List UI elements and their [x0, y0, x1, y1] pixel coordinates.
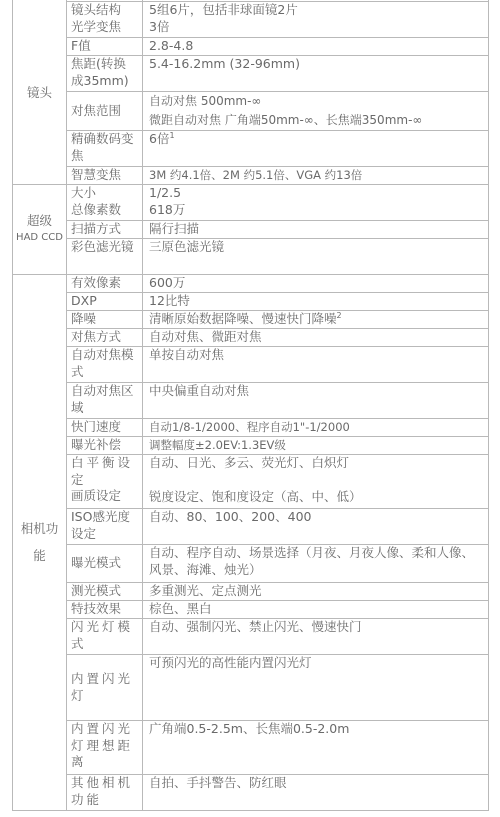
spec-value: 自拍、手抖警告、防红眼: [143, 775, 489, 811]
spec-label: F值: [67, 38, 143, 56]
camera-spec-table: 镜头 镜头结构 光学变焦 5组6片，包括非球面镜2片 3倍 F值 2.8-4.8…: [12, 0, 489, 811]
spec-label: 闪光灯模式: [67, 619, 143, 655]
spec-value-line: 5组6片，包括非球面镜2片: [149, 2, 484, 19]
group-label: 镜头: [27, 85, 52, 100]
spec-value: 棕色、黑白: [143, 601, 489, 619]
table-row: 智慧变焦 3M 约4.1倍、2M 约5.1倍、VGA 约13倍: [13, 167, 489, 185]
table-row: 内置闪光灯理想距离 广角端0.5-2.5m、长焦端0.5-2.0m: [13, 721, 489, 775]
spec-label: 有效像素: [67, 275, 143, 293]
table-row: 内置闪光灯 可预闪光的高性能内置闪光灯: [13, 655, 489, 721]
spec-value: 多重测光、定点测光: [143, 583, 489, 601]
spec-label: 扫描方式: [67, 221, 143, 239]
group-label: 相机功: [13, 521, 66, 538]
spec-value: 调整幅度±2.0EV:1.3EV级: [143, 437, 489, 455]
table-row: 扫描方式 隔行扫描: [13, 221, 489, 239]
table-row: 曝光补偿 调整幅度±2.0EV:1.3EV级: [13, 437, 489, 455]
spec-label: 内置闪光灯理想距离: [67, 721, 143, 775]
spec-label-line: 白平衡设定: [71, 455, 138, 488]
spec-value: 可预闪光的高性能内置闪光灯: [143, 655, 489, 721]
spec-value: 隔行扫描: [143, 221, 489, 239]
spec-label-line: 画质设定: [71, 488, 138, 505]
table-row: 自动对焦区域 中央偏重自动对焦: [13, 383, 489, 419]
spec-value-line: 微距自动对焦 广角端50mm-∞、长焦端350mm-∞: [149, 111, 484, 130]
spec-label: 其他相机功能: [67, 775, 143, 811]
spec-value: 广角端0.5-2.5m、长焦端0.5-2.0m: [143, 721, 489, 775]
spec-value: 自动、80、100、200、400: [143, 509, 489, 545]
spec-label: DXP: [67, 293, 143, 311]
table-row: 快门速度 自动1/8-1/2000、程序自动1"-1/2000: [13, 419, 489, 437]
spec-label-line: 大小: [71, 185, 138, 202]
spec-value: 2.8-4.8: [143, 38, 489, 56]
table-row: 闪光灯模式 自动、强制闪光、禁止闪光、慢速快门: [13, 619, 489, 655]
spec-value-line: 3倍: [149, 19, 484, 36]
spec-label-line: 镜头结构: [71, 2, 138, 19]
group-cell-camera-functions: 相机功 能: [13, 275, 67, 811]
spec-label: 自动对焦模式: [67, 347, 143, 383]
spec-value: 中央偏重自动对焦: [143, 383, 489, 419]
group-cell-ccd: 超级 HAD CCD: [13, 185, 67, 275]
spec-label: 曝光补偿: [67, 437, 143, 455]
spec-value-line: 618万: [149, 202, 484, 219]
spec-value-text: 6倍: [149, 131, 169, 146]
spec-label: 自动对焦区域: [67, 383, 143, 419]
spec-value: 1/2.5 618万: [143, 185, 489, 221]
spec-value: 12比特: [143, 293, 489, 311]
table-row: 对焦范围 自动对焦 500mm-∞ 微距自动对焦 广角端50mm-∞、长焦端35…: [13, 92, 489, 131]
group-label-line2: HAD CCD: [13, 230, 66, 247]
table-row: 测光模式 多重测光、定点测光: [13, 583, 489, 601]
table-row: 白平衡设定 画质设定 自动、日光、多云、荧光灯、白炽灯 锐度设定、饱和度设定（高…: [13, 455, 489, 509]
spec-value: 自动对焦 500mm-∞ 微距自动对焦 广角端50mm-∞、长焦端350mm-∞: [143, 92, 489, 131]
spec-value: 自动1/8-1/2000、程序自动1"-1/2000: [143, 419, 489, 437]
spec-value: 自动、日光、多云、荧光灯、白炽灯 锐度设定、饱和度设定（高、中、低）: [143, 455, 489, 509]
spec-label: 彩色滤光镜: [67, 239, 143, 275]
table-row: 相机功 能 有效像素 600万: [13, 275, 489, 293]
spec-value: 三原色滤光镜: [143, 239, 489, 275]
table-row: 曝光模式 自动、程序自动、场景选择（月夜、月夜人像、柔和人像、风景、海滩、烛光）: [13, 545, 489, 583]
spec-label: 特技效果: [67, 601, 143, 619]
table-row: 对焦方式 自动对焦、微距对焦: [13, 329, 489, 347]
spec-value: 6倍1: [143, 131, 489, 167]
spec-label: 白平衡设定 画质设定: [67, 455, 143, 509]
group-cell-lens: 镜头: [13, 2, 67, 185]
spec-label: ISO感光度设定: [67, 509, 143, 545]
spec-value-line: 自动对焦 500mm-∞: [149, 92, 484, 111]
spec-value-line: 1/2.5: [149, 185, 484, 202]
spec-value: 自动、强制闪光、禁止闪光、慢速快门: [143, 619, 489, 655]
spec-value: 600万: [143, 275, 489, 293]
spec-value: 清晰原始数据降噪、慢速快门降噪2: [143, 311, 489, 329]
spec-label: 测光模式: [67, 583, 143, 601]
footnote-marker: 2: [337, 311, 342, 320]
table-row: DXP 12比特: [13, 293, 489, 311]
spec-label: 智慧变焦: [67, 167, 143, 185]
spec-label: 精确数码变焦: [67, 131, 143, 167]
spec-label: 对焦范围: [67, 92, 143, 131]
table-row: 焦距(转换成35mm) 5.4-16.2mm (32-96mm): [13, 56, 489, 92]
spec-value-text: 清晰原始数据降噪、慢速快门降噪: [149, 311, 337, 326]
spec-label: 对焦方式: [67, 329, 143, 347]
spec-value-line: 锐度设定、饱和度设定（高、中、低）: [149, 489, 484, 506]
spec-label: 内置闪光灯: [67, 655, 143, 721]
spec-value: 5组6片，包括非球面镜2片 3倍: [143, 2, 489, 38]
table-row: 超级 HAD CCD 大小 总像素数 1/2.5 618万: [13, 185, 489, 221]
spec-label: 镜头结构 光学变焦: [67, 2, 143, 38]
spec-label-line: 光学变焦: [71, 19, 138, 36]
table-row: 精确数码变焦 6倍1: [13, 131, 489, 167]
group-label-line2: 能: [13, 548, 66, 565]
spec-label: 大小 总像素数: [67, 185, 143, 221]
table-row: 降噪 清晰原始数据降噪、慢速快门降噪2: [13, 311, 489, 329]
spec-value: 单按自动对焦: [143, 347, 489, 383]
spec-label: 曝光模式: [67, 545, 143, 583]
spec-label: 焦距(转换成35mm): [67, 56, 143, 92]
table-row: 其他相机功能 自拍、手抖警告、防红眼: [13, 775, 489, 811]
spec-value: 3M 约4.1倍、2M 约5.1倍、VGA 约13倍: [143, 167, 489, 185]
spec-label: 快门速度: [67, 419, 143, 437]
table-row: 彩色滤光镜 三原色滤光镜: [13, 239, 489, 275]
table-row: 自动对焦模式 单按自动对焦: [13, 347, 489, 383]
spec-value-line: 自动、日光、多云、荧光灯、白炽灯: [149, 455, 484, 472]
group-label: 超级: [13, 213, 66, 230]
footnote-marker: 1: [169, 131, 174, 140]
spec-value: 5.4-16.2mm (32-96mm): [143, 56, 489, 92]
spec-value: 自动、程序自动、场景选择（月夜、月夜人像、柔和人像、风景、海滩、烛光）: [143, 545, 489, 583]
spec-label-line: 总像素数: [71, 202, 138, 219]
spec-value: 自动对焦、微距对焦: [143, 329, 489, 347]
spec-label: 降噪: [67, 311, 143, 329]
table-row: 镜头 镜头结构 光学变焦 5组6片，包括非球面镜2片 3倍: [13, 2, 489, 38]
table-row: 特技效果 棕色、黑白: [13, 601, 489, 619]
table-row: F值 2.8-4.8: [13, 38, 489, 56]
table-row: ISO感光度设定 自动、80、100、200、400: [13, 509, 489, 545]
